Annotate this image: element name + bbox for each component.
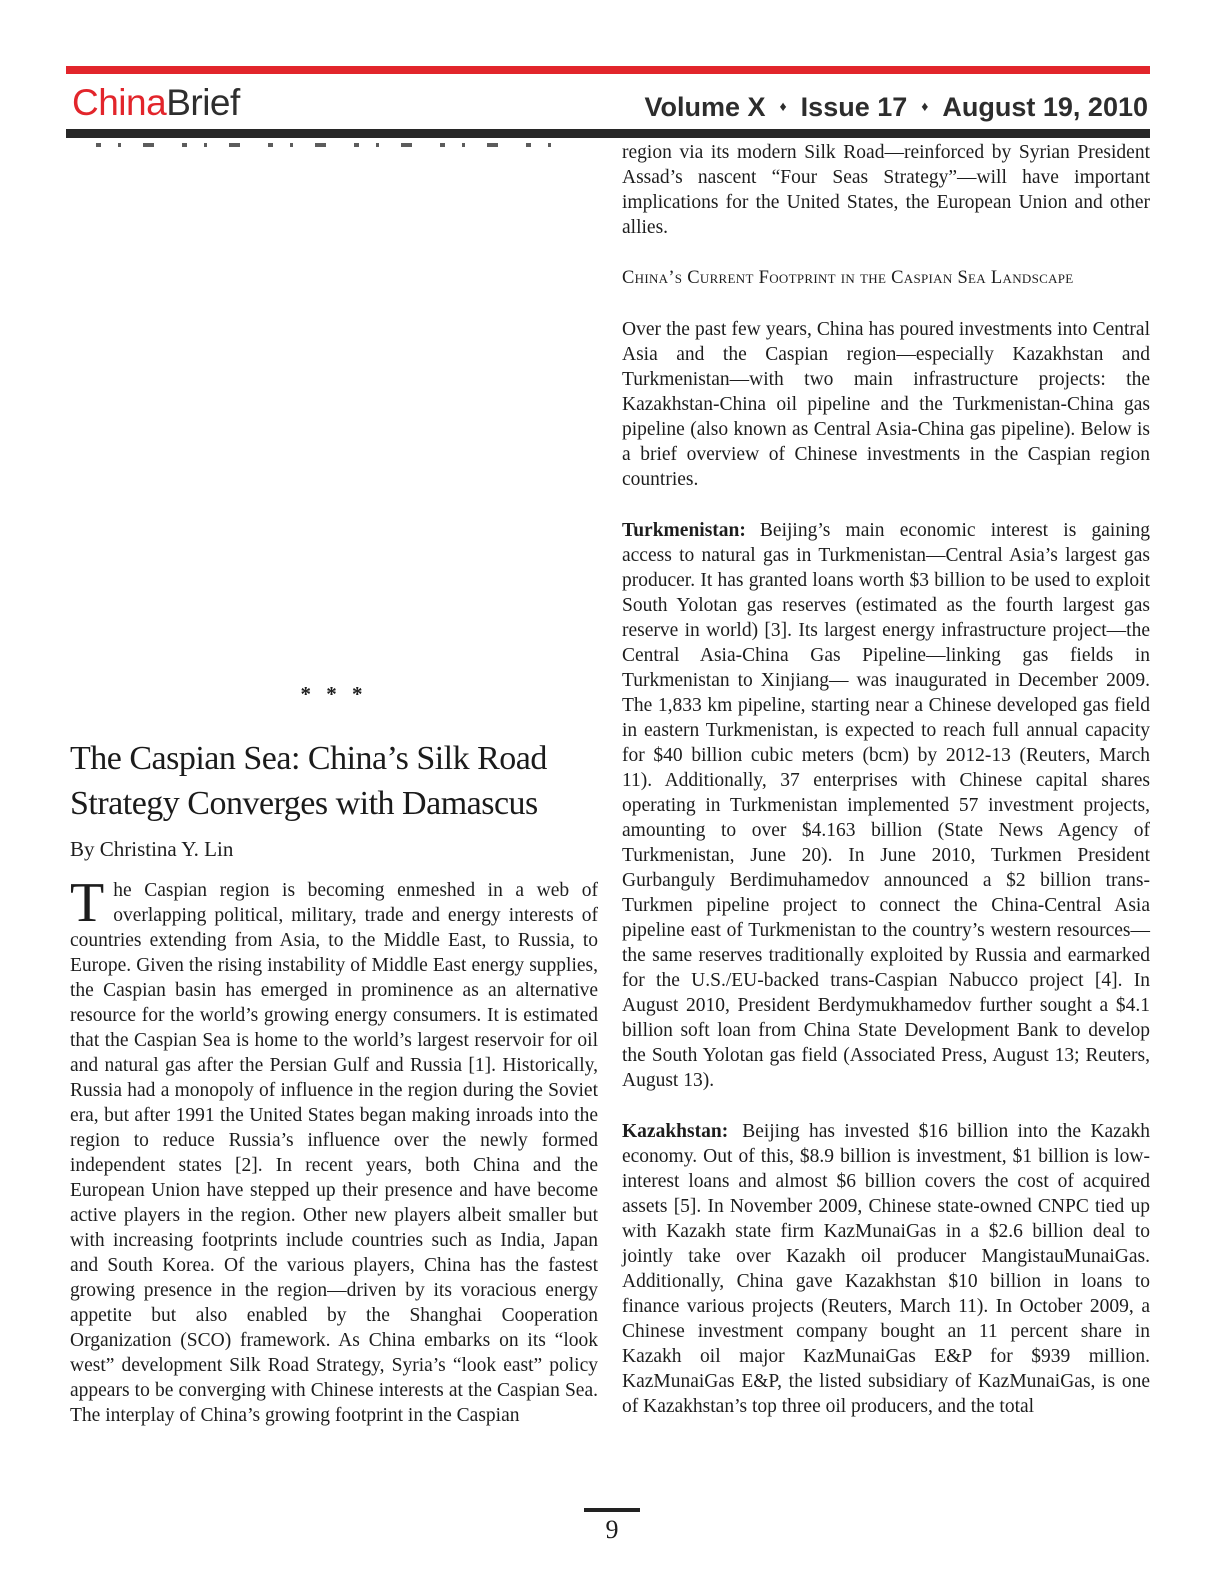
section-heading: China’s Current Footprint in the Caspian… <box>622 266 1150 291</box>
page-footer: 9 <box>0 1508 1224 1546</box>
section-divider-asterisks: * * * <box>70 682 598 706</box>
issue-info: Volume X ♦ Issue 17 ♦ August 19, 2010 <box>644 94 1148 121</box>
logo-part-brief: Brief <box>166 82 240 123</box>
masthead-row: ChinaBrief Volume X ♦ Issue 17 ♦ August … <box>66 74 1150 129</box>
header-rule-bottom <box>66 129 1150 138</box>
publication-logo: ChinaBrief <box>72 84 240 121</box>
country-label-turkmenistan: Turkmenistan: <box>622 520 746 541</box>
clipped-text-artifact <box>96 143 556 147</box>
volume-label: Volume X <box>644 94 765 121</box>
header-rule-top <box>66 66 1150 74</box>
issue-label: Issue 17 <box>801 94 908 121</box>
diamond-separator-icon: ♦ <box>921 99 928 113</box>
turkmenistan-paragraph-text: Beijing’s main economic interest is gain… <box>622 520 1150 1091</box>
drop-cap: T <box>70 878 113 924</box>
kazakhstan-paragraph-text: Beijing has invested $16 billion into th… <box>622 1121 1150 1417</box>
article-opening-paragraph: The Caspian region is becoming enmeshed … <box>70 878 598 1428</box>
paragraph-continuation: region via its modern Silk Road—reinforc… <box>622 140 1150 240</box>
article-title: The Caspian Sea: China’s Silk Road Strat… <box>70 736 598 826</box>
diamond-separator-icon: ♦ <box>780 99 787 113</box>
right-column: region via its modern Silk Road—reinforc… <box>622 140 1150 1448</box>
country-label-kazakhstan: Kazakhstan: <box>622 1121 728 1142</box>
page-number: 9 <box>0 1514 1224 1546</box>
date-label: August 19, 2010 <box>942 94 1148 121</box>
left-column: * * * The Caspian Sea: China’s Silk Road… <box>70 140 598 1448</box>
opening-paragraph-text: he Caspian region is becoming enmeshed i… <box>70 880 598 1426</box>
document-page: ChinaBrief Volume X ♦ Issue 17 ♦ August … <box>0 0 1224 1584</box>
overview-paragraph: Over the past few years, China has poure… <box>622 317 1150 492</box>
article-columns: * * * The Caspian Sea: China’s Silk Road… <box>70 140 1150 1448</box>
kazakhstan-paragraph: Kazakhstan:Beijing has invested $16 bill… <box>622 1119 1150 1419</box>
masthead-header: ChinaBrief Volume X ♦ Issue 17 ♦ August … <box>66 66 1150 138</box>
logo-part-china: China <box>72 82 166 123</box>
article-byline: By Christina Y. Lin <box>70 836 598 862</box>
turkmenistan-paragraph: Turkmenistan:Beijing’s main economic int… <box>622 518 1150 1093</box>
footer-rule <box>584 1508 640 1512</box>
